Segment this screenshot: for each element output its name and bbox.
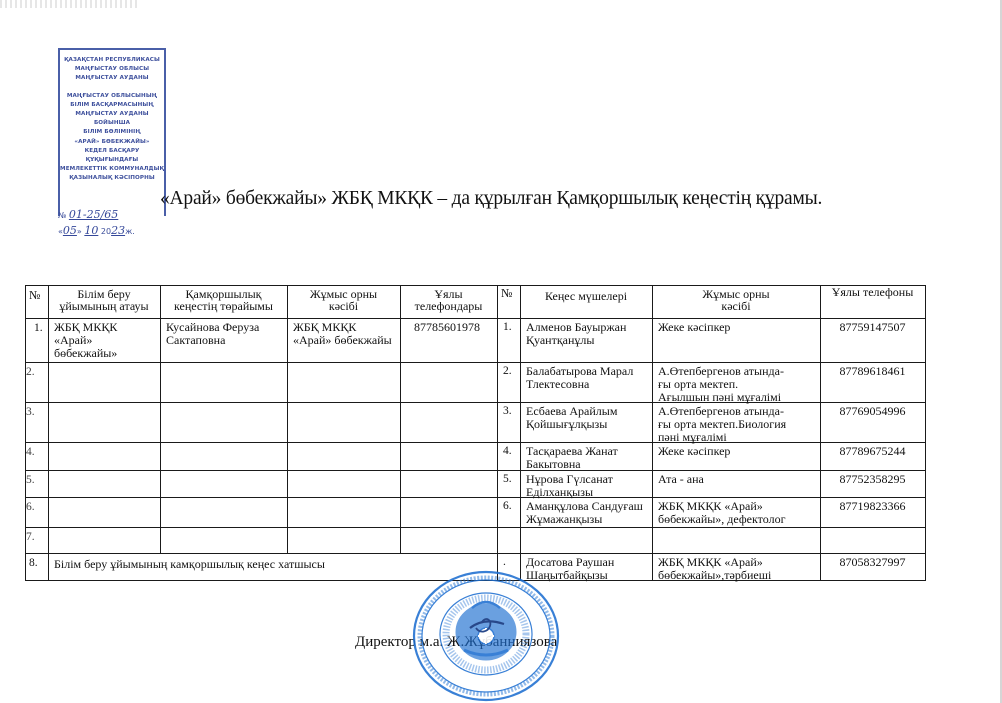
table-rule [48, 285, 49, 580]
member-number: 3. [503, 405, 512, 418]
stamp-number-line: № 01-25/65 [58, 208, 118, 221]
member-job: Жеке кәсіпкер [658, 321, 730, 334]
row-number-left: 5. [26, 474, 35, 487]
chair-name-line: Сактаповна [166, 334, 259, 347]
stamp-header: ҚАЗАҚСТАН РЕСПУБЛИКАСЫМАҢҒЫСТАУ ОБЛЫСЫМА… [60, 56, 164, 84]
row-number-left: 4. [26, 446, 35, 459]
header-chair-job-line: кәсібі [287, 300, 400, 312]
member-number: 2. [503, 365, 512, 378]
official-seal-icon [412, 570, 560, 703]
secretary-label: Білім беру ұйымының камқоршылық кеңес ха… [54, 558, 325, 571]
header-chair-phone-line: телефондары [400, 300, 497, 312]
table-rule [400, 285, 401, 553]
stamp-number-label: № [58, 211, 66, 220]
stamp-text-line: БІЛІМ БАСҚАРМАСЫНЫҢ [60, 101, 164, 110]
member-job-line: Жеке кәсіпкер [658, 445, 730, 458]
chair-org-name: ЖБҚ МКҚК«Арай»бөбекжайы» [54, 321, 117, 360]
stamp-text-line: МАҢҒЫСТАУ АУДАНЫ [60, 74, 164, 83]
header-chairman: Қамқоршылықкеңестің төрайымы [160, 288, 287, 312]
member-phone: 87759147507 [820, 321, 925, 334]
chair-phone: 87785601978 [414, 321, 480, 334]
member-job: А.Өтепбергенов атында-ғы орта мектеп.Био… [658, 405, 786, 444]
member-name: Тасқараева ЖанатБакытовна [526, 445, 618, 471]
member-number: 5. [503, 473, 512, 486]
row-number-left: 2. [26, 366, 35, 379]
stamp-text-line: ҚҰҚЫҒЫНДАҒЫ [60, 156, 164, 165]
stamp-number-value: 01-25/65 [69, 208, 118, 221]
header-org-name: Білім беруұйымының атауы [48, 288, 160, 312]
member-name-line: Еділханқызы [526, 486, 613, 499]
member-job-line: пәні мұғалімі [658, 431, 786, 444]
header-org-name-line: ұйымының атауы [48, 300, 160, 312]
stamp-date-year-abbr: ж. [125, 227, 135, 236]
header-chair-phone: Ұялытелефондары [400, 288, 497, 312]
row-number-left: 7. [26, 531, 35, 544]
chair-org-name-line: бөбекжайы» [54, 347, 117, 360]
stamp-text-line: МЕМЛЕКЕТТІК КОММУНАЛДЫҚ [60, 165, 164, 174]
stamp-date-year-prefix: 20 [101, 227, 111, 236]
stamp-date-year-suffix: 23 [111, 224, 125, 237]
member-name-line: Бакытовна [526, 458, 618, 471]
member-job-line: Жеке кәсіпкер [658, 321, 730, 334]
stamp-date-month: 10 [84, 224, 98, 237]
chair-job: ЖБҚ МКҚК«Арай» бөбекжайы [293, 321, 392, 347]
member-name-line: Қойшығұлқызы [526, 418, 617, 431]
member-name: Нұрова ГүлсанатЕділханқызы [526, 473, 613, 499]
scan-artifact [0, 0, 140, 8]
member-job: ЖБҚ МКҚК «Арай»бөбекжайы»,тәрбиеші [658, 556, 771, 582]
member-name: Алменов БауыржанҚуантқанұлы [526, 321, 626, 347]
member-job-line: Ата - ана [658, 473, 704, 486]
stamp-text-line: КЕДЕЛ БАСҚАРУ [60, 147, 164, 156]
member-job: А.Өтепбергенов атында-ғы орта мектеп.Ағы… [658, 365, 784, 404]
header-chair-job: Жұмыс орныкәсібі [287, 288, 400, 312]
member-name: Балабатырова МаралТлектесовна [526, 365, 633, 391]
header-member-job: Жұмыс орныкәсібі [652, 288, 820, 312]
stamp-date-day: 05 [63, 224, 77, 237]
member-number: 6. [503, 500, 512, 513]
stamp-text-line: БІЛІМ БӨЛІМІНІҢ [60, 128, 164, 137]
chair-job-line: «Арай» бөбекжайы [293, 334, 392, 347]
row-number-left: 8. [29, 557, 38, 570]
header-members: Кеңес мүшелері [520, 290, 652, 302]
member-job: ЖБҚ МКҚК «Арай»бөбекжайы», дефектолог [658, 500, 786, 526]
member-phone: 87752358295 [820, 473, 925, 486]
table-rule [497, 285, 498, 580]
stamp-text-line: ҚАЗАҚСТАН РЕСПУБЛИКАСЫ [60, 56, 164, 65]
row-number-left: 1. [34, 322, 43, 335]
stamp-text-line: МАҢҒЫСТАУ АУДАНЫ [60, 110, 164, 119]
stamp-text-line: ҚАЗЫНАЛЫҚ КӘСІПОРНЫ [60, 174, 164, 183]
member-phone: 87789675244 [820, 445, 925, 458]
member-phone: 87058327997 [820, 556, 925, 569]
member-name-line: Тлектесовна [526, 378, 633, 391]
member-phone: 87719823366 [820, 500, 925, 513]
member-phone: 87769054996 [820, 405, 925, 418]
member-job-line: бөбекжайы»,тәрбиеші [658, 569, 771, 582]
member-number: 1. [503, 321, 512, 334]
stamp-body: МАҢҒЫСТАУ ОБЛЫСЫНЫҢБІЛІМ БАСҚАРМАСЫНЫҢМА… [60, 92, 164, 184]
header-number: № [29, 289, 40, 301]
member-name-line: Жұмажанқызы [526, 513, 643, 526]
member-job-line: Ағылшын пәні мұғалімі [658, 391, 784, 404]
member-phone: 87789618461 [820, 365, 925, 378]
member-name-line: Қуантқанұлы [526, 334, 626, 347]
document-title: «Арай» бөбекжайы» ЖБҚ МКҚК – да құрылған… [160, 188, 822, 210]
member-number: 4. [503, 445, 512, 458]
member-number: . [503, 556, 506, 569]
table-rule [287, 285, 288, 553]
row-number-left: 6. [26, 501, 35, 514]
table-rule [652, 285, 653, 580]
stamp-text-line: «АРАЙ» БӨБЕКЖАЙЫ» [60, 138, 164, 147]
table-rule [520, 285, 521, 580]
table-rule [925, 285, 926, 580]
header-member-phone: Ұялы телефоны [820, 286, 925, 298]
member-name: Аманқұлова СандуғашЖұмажанқызы [526, 500, 643, 526]
header-chairman-line: кеңестің төрайымы [160, 300, 287, 312]
stamp-text-line: МАҢҒЫСТАУ ОБЛЫСЫ [60, 65, 164, 74]
registration-stamp: ҚАЗАҚСТАН РЕСПУБЛИКАСЫМАҢҒЫСТАУ ОБЛЫСЫМА… [58, 48, 166, 216]
header-member-job-line: кәсібі [652, 300, 820, 312]
member-job: Жеке кәсіпкер [658, 445, 730, 458]
member-name: Есбаева АрайлымҚойшығұлқызы [526, 405, 617, 431]
member-job-line: бөбекжайы», дефектолог [658, 513, 786, 526]
member-job: Ата - ана [658, 473, 704, 486]
header-member-number: № [501, 287, 512, 299]
table-rule [25, 553, 926, 554]
stamp-date-line: «05» 10 2023ж. [58, 224, 135, 237]
row-number-left: 3. [26, 406, 35, 419]
table-rule [160, 285, 161, 553]
stamp-text-line: МАҢҒЫСТАУ ОБЛЫСЫНЫҢ [60, 92, 164, 101]
stamp-text-line: БОЙЫНША [60, 119, 164, 128]
chair-name: Кусайнова ФерузаСактаповна [166, 321, 259, 347]
